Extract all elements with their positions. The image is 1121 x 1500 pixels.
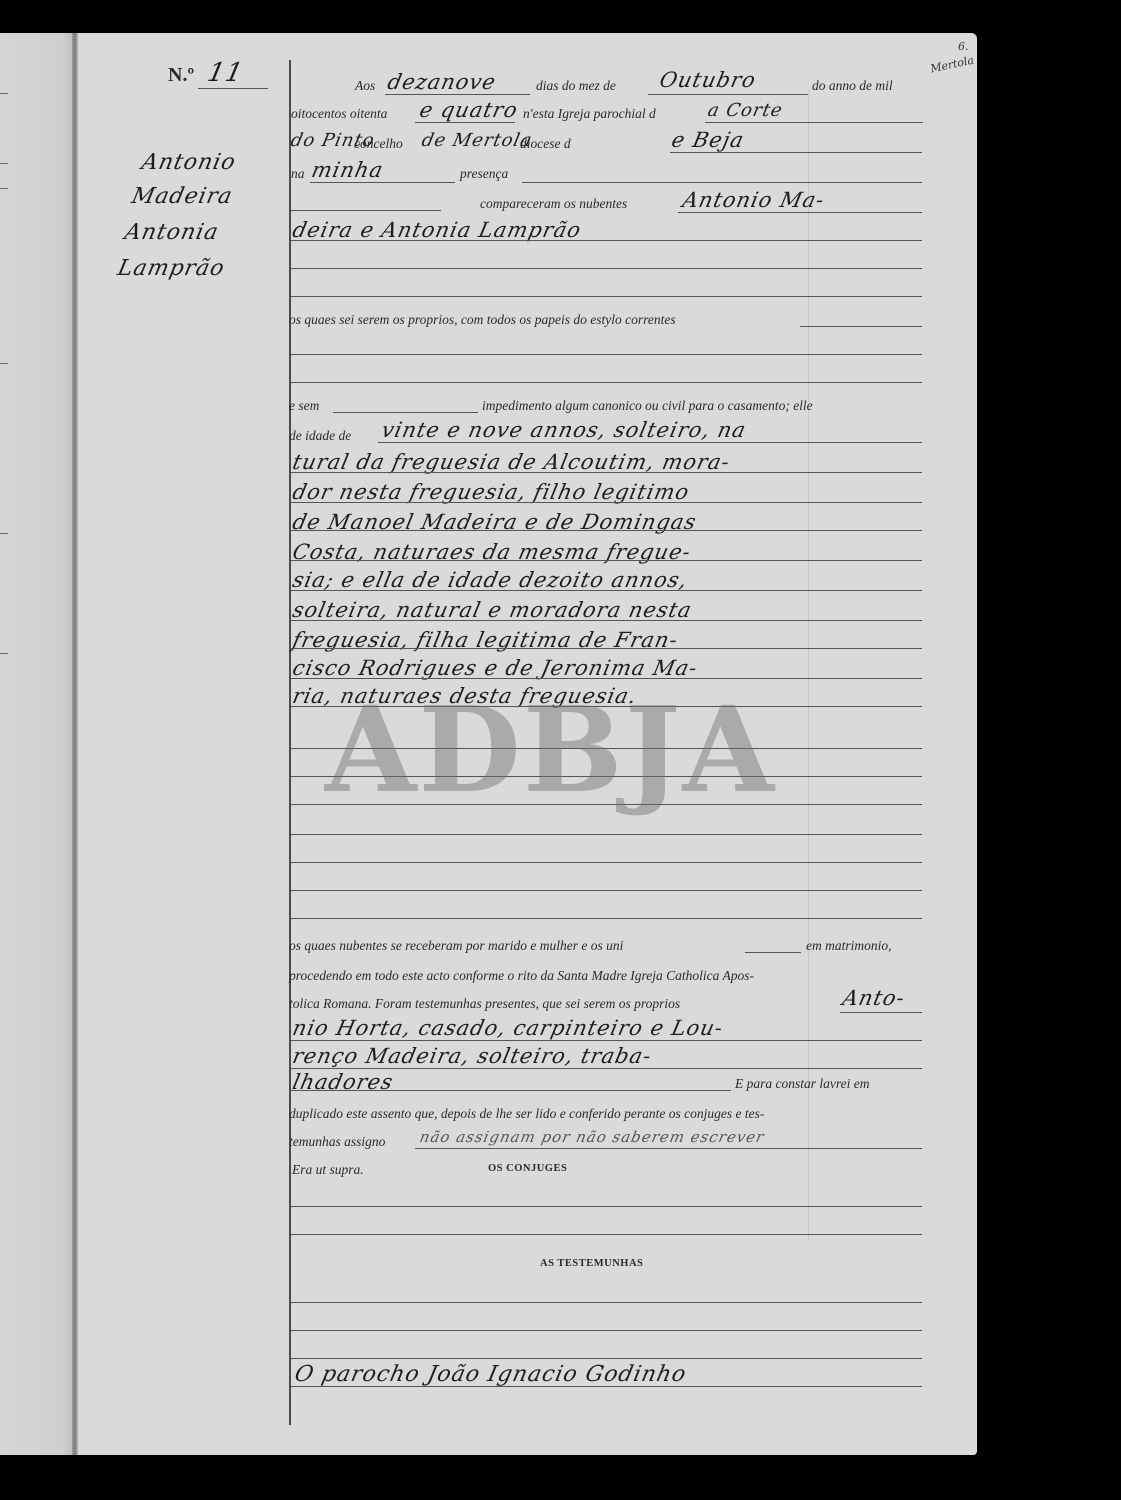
text-dias: dias do mez de xyxy=(536,78,616,94)
text-temunhas-assigno: temunhas assigno xyxy=(289,1134,385,1150)
text-e-sem: e sem xyxy=(289,398,319,414)
field-assigno-note: não assignam por não saberem escrever xyxy=(418,1128,766,1146)
text-de-idade: de idade de xyxy=(289,428,351,444)
field-witnesses-1: Anto- xyxy=(840,986,907,1010)
body-line-3: dor nesta freguesia, filho legitimo xyxy=(290,480,691,504)
text-em-matrimonio: em matrimonio, xyxy=(806,938,892,954)
text-diocese: diocese d xyxy=(520,136,571,152)
field-diocese: e Beja xyxy=(669,128,746,152)
text-e-para-constar: E para constar lavrei em xyxy=(735,1076,869,1092)
text-os-quaes-nubentes: os quaes nubentes se receberam por marid… xyxy=(289,938,623,954)
heading-os-conjuges: OS CONJUGES xyxy=(488,1163,567,1174)
priest-signature: O parocho João Ignacio Godinho xyxy=(292,1362,689,1387)
watermark: ADBJA xyxy=(325,680,776,819)
field-day: dezanove xyxy=(385,70,498,94)
text-na: na xyxy=(291,166,305,182)
margin-name-3: Antonia xyxy=(122,220,221,245)
body-line-1: vinte e nove annos, solteiro, na xyxy=(379,418,748,442)
body-line-9: cisco Rodrigues e de Jeronima Ma- xyxy=(290,656,700,680)
heading-as-testemunhas: AS TESTEMUNHAS xyxy=(540,1258,643,1269)
text-oitocentos: oitocentos oitenta xyxy=(291,106,387,122)
text-presenca: presença xyxy=(460,166,508,182)
text-impedimento: impedimento algum canonico ou civil para… xyxy=(482,398,813,414)
text-tolica-romana: tolica Romana. Foram testemunhas present… xyxy=(289,996,680,1012)
margin-name-1: Antonio xyxy=(139,150,238,175)
text-igreja: n'esta Igreja parochial d xyxy=(523,106,656,122)
body-line-7: solteira, natural e moradora nesta xyxy=(290,598,694,622)
text-procedendo: procedendo em todo este acto conforme o … xyxy=(289,968,754,984)
field-concelho: de Mertola xyxy=(420,130,535,151)
record-number-label: N.º xyxy=(168,64,194,87)
body-line-6: sia; e ella de idade dezoito annos, xyxy=(290,568,690,592)
text-os-quaes-sei: os quaes sei serem os proprios, com todo… xyxy=(289,312,676,328)
field-presence: minha xyxy=(309,158,385,182)
text-duplicado: duplicado este assento que, depois de lh… xyxy=(289,1106,764,1122)
margin-rule xyxy=(289,60,291,1425)
body-line-2: tural da freguesia de Alcoutim, mora- xyxy=(290,450,732,474)
field-nubentes-2: deira e Antonia Lamprão xyxy=(290,218,583,242)
margin-name-4: Lamprão xyxy=(115,256,227,281)
text-concelho: concelho xyxy=(354,136,403,152)
text-aos: Aos xyxy=(355,78,375,94)
text-era-ut-supra: Era ut supra. xyxy=(292,1162,364,1178)
text-compareceram: compareceram os nubentes xyxy=(480,196,627,212)
record-number: 11 xyxy=(205,58,246,88)
page-number: 6. xyxy=(958,40,969,53)
margin-name-2: Madeira xyxy=(129,184,235,209)
left-page-edge xyxy=(0,33,74,1455)
field-nubentes-1: Antonio Ma- xyxy=(680,188,827,212)
field-witnesses-2: nio Horta, casado, carpinteiro e Lou- xyxy=(290,1016,725,1040)
field-year: e quatro xyxy=(417,98,520,122)
field-parish: a Corte xyxy=(706,100,785,121)
field-month: Outubro xyxy=(657,68,758,92)
text-anno: do anno de mil xyxy=(812,78,893,94)
field-witnesses-3: renço Madeira, solteiro, traba- xyxy=(290,1044,654,1068)
